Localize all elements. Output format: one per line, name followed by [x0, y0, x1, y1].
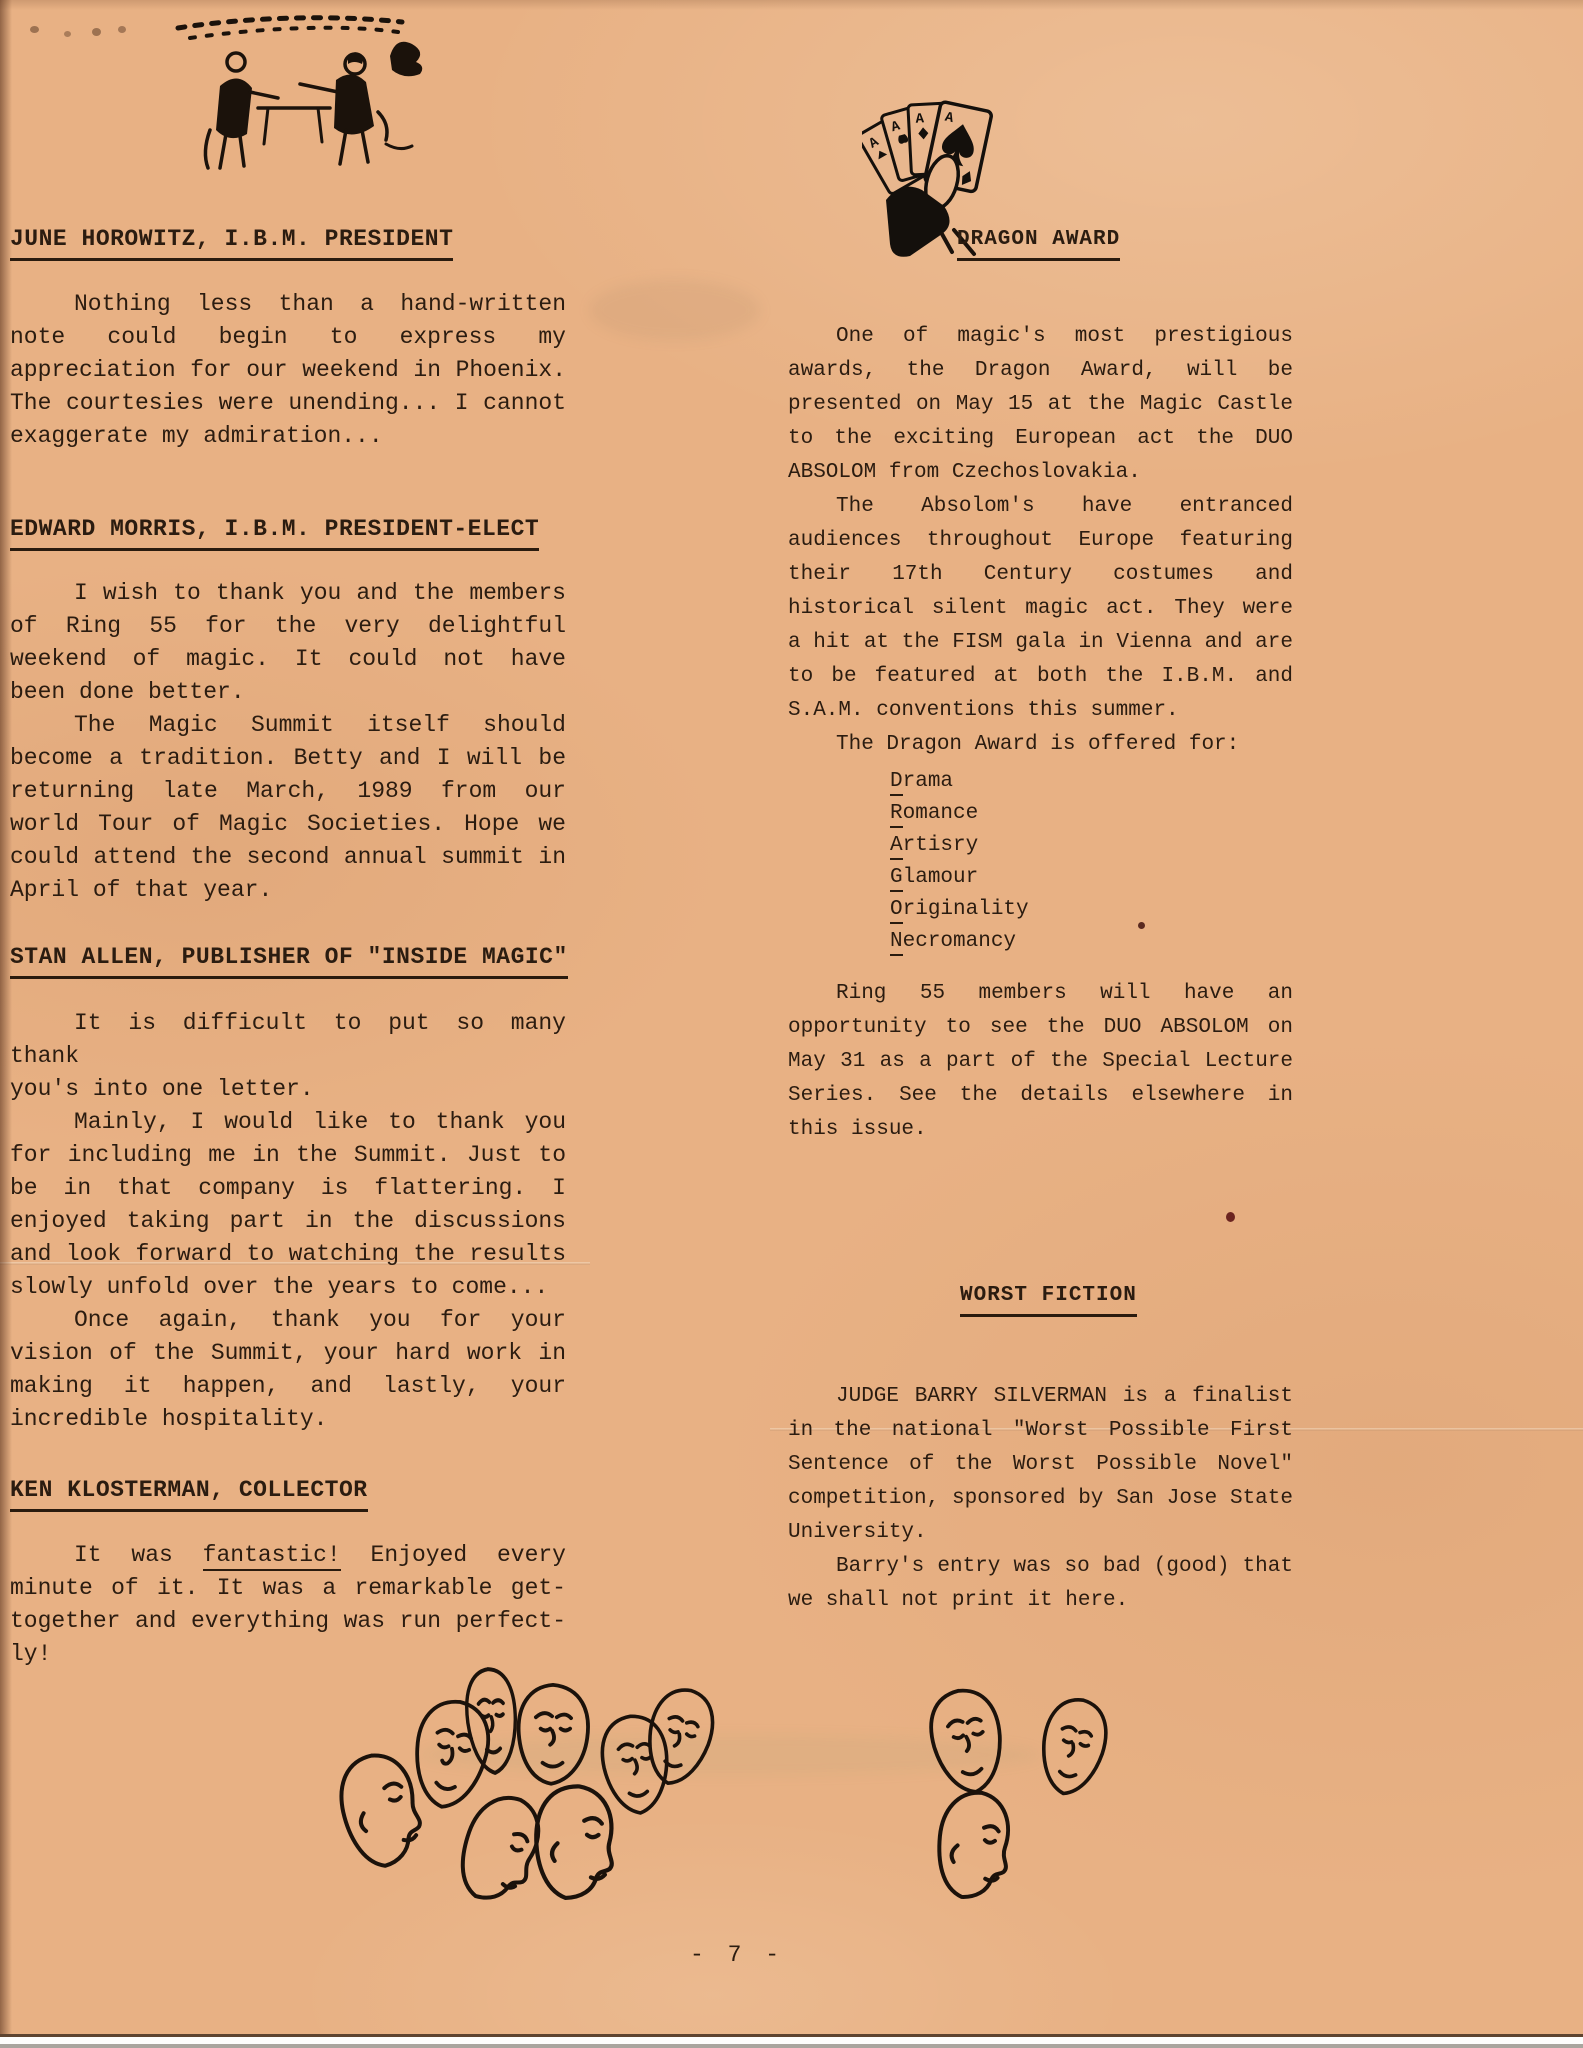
- paragraph: One of magic's most prestigious awards, …: [788, 320, 1293, 490]
- paragraph: Barry's entry was so bad (good) that we …: [788, 1550, 1293, 1618]
- paragraph-lines: Barry's entry was so bad (good) that: [788, 1550, 1293, 1584]
- right-column: DRAGON AWARD One of magic's most prestig…: [788, 0, 1293, 1618]
- award-category: Romance: [890, 798, 1293, 830]
- paragraph-last-line: you's into one letter.: [10, 1073, 566, 1106]
- award-initial: O: [890, 898, 903, 924]
- paragraph-last-line: slowly unfold over the years to come...: [10, 1271, 566, 1304]
- paragraph-last-line: ABSOLOM from Czechoslovakia.: [788, 456, 1293, 490]
- paragraph-lines: minute of it. It was a remarkable get- t…: [10, 1572, 566, 1638]
- section-heading-wrap: STAN ALLEN, PUBLISHER OF "INSIDE MAGIC": [10, 944, 566, 979]
- section-heading-wrap: JUNE HOROWITZ, I.B.M. PRESIDENT: [10, 226, 566, 261]
- paragraph-last-line: S.A.M. conventions this summer.: [788, 694, 1293, 728]
- bleed-through-smudge: [590, 280, 760, 340]
- paragraph-lines: I wish to thank you and the members of R…: [10, 577, 566, 676]
- text-run: Enjoyed every: [341, 1542, 566, 1568]
- paragraph: I wish to thank you and the members of R…: [10, 577, 566, 709]
- award-initial: A: [890, 834, 903, 860]
- section-heading-dragon-award: DRAGON AWARD: [957, 226, 1120, 261]
- paragraph: JUDGE BARRY SILVERMAN is a finalist in t…: [788, 1380, 1293, 1550]
- section-heading-ken-klosterman: KEN KLOSTERMAN, COLLECTOR: [10, 1477, 368, 1512]
- paragraph-lines: Ring 55 members will have an opportunity…: [788, 977, 1293, 1113]
- paragraph: The Magic Summit itself should become a …: [10, 709, 566, 907]
- section-heading-june-horowitz: JUNE HOROWITZ, I.B.M. PRESIDENT: [10, 226, 453, 261]
- award-initial: D: [890, 770, 903, 796]
- section-heading-edward-morris: EDWARD MORRIS, I.B.M. PRESIDENT-ELECT: [10, 516, 539, 551]
- paragraph-last-line: April of that year.: [10, 874, 566, 907]
- award-rest: riginality: [903, 898, 1029, 921]
- paragraph-lines: JUDGE BARRY SILVERMAN is a finalist in t…: [788, 1380, 1293, 1516]
- award-category: Glamour: [890, 862, 1293, 894]
- paragraph-last-line: ly!: [10, 1638, 566, 1671]
- scan-edge-shadow: [0, 0, 1583, 10]
- paragraph-last-line: University.: [788, 1516, 1293, 1550]
- section-heading-wrap: KEN KLOSTERMAN, COLLECTOR: [10, 1477, 566, 1512]
- paragraph-last-line: exaggerate my admiration...: [10, 420, 566, 453]
- section-heading-stan-allen: STAN ALLEN, PUBLISHER OF "INSIDE MAGIC": [10, 944, 568, 979]
- award-rest: rama: [903, 770, 953, 793]
- award-category: Drama: [890, 766, 1293, 798]
- paragraph-last-line: this issue.: [788, 1113, 1293, 1147]
- paragraph-last-line: incredible hospitality.: [10, 1403, 566, 1436]
- scan-edge-shadow: [0, 0, 12, 2036]
- section-heading-wrap: DRAGON AWARD: [957, 226, 1293, 261]
- award-rest: lamour: [903, 866, 979, 889]
- section-heading-worst-fiction: WORST FICTION: [960, 1282, 1137, 1317]
- paragraph: It was fantastic! Enjoyed every minute o…: [10, 1539, 566, 1671]
- section-heading-wrap: EDWARD MORRIS, I.B.M. PRESIDENT-ELECT: [10, 516, 566, 551]
- paragraph: Nothing less than a hand-written note co…: [10, 288, 566, 453]
- paragraph: Once again, thank you for your vision of…: [10, 1304, 566, 1436]
- paragraph-last-line: been done better.: [10, 676, 566, 709]
- section-heading-wrap: WORST FICTION: [960, 1282, 1293, 1317]
- paragraph-last-line: we shall not print it here.: [788, 1584, 1293, 1618]
- award-category: Artisry: [890, 830, 1293, 862]
- paragraph: It is difficult to put so many thank you…: [10, 1007, 566, 1106]
- page-number: - 7 -: [690, 1942, 782, 1968]
- faces-crowd-illustration: [330, 1655, 1130, 1985]
- award-category: Necromancy: [890, 926, 1293, 958]
- award-rest: omance: [903, 802, 979, 825]
- paragraph: Ring 55 members will have an opportunity…: [788, 977, 1293, 1147]
- underlined-word: fantastic!: [203, 1542, 341, 1571]
- paragraph-lines: Nothing less than a hand-written note co…: [10, 288, 566, 420]
- paragraph-lines: The Absolom's have entranced audiences t…: [788, 490, 1293, 694]
- paragraph-lines: It is difficult to put so many thank: [10, 1007, 566, 1073]
- paragraph-lines: Mainly, I would like to thank you for in…: [10, 1106, 566, 1271]
- award-category: Originality: [890, 894, 1293, 926]
- paragraph: The Absolom's have entranced audiences t…: [788, 490, 1293, 728]
- award-rest: ecromancy: [903, 930, 1016, 953]
- paragraph-lines: Once again, thank you for your vision of…: [10, 1304, 566, 1403]
- text-run: It was: [74, 1542, 203, 1568]
- award-rest: rtisry: [903, 834, 979, 857]
- paragraph-first-line: It was fantastic! Enjoyed every: [10, 1539, 566, 1572]
- offered-for-line: The Dragon Award is offered for:: [788, 728, 1293, 762]
- newsletter-page: A A A A: [0, 0, 1583, 2036]
- paragraph: Mainly, I would like to thank you for in…: [10, 1106, 566, 1304]
- award-initial: R: [890, 802, 903, 828]
- scanner-background: [0, 2044, 1583, 2048]
- paragraph-lines: One of magic's most prestigious awards, …: [788, 320, 1293, 456]
- dragon-award-list: Drama Romance Artisry Glamour Originalit…: [788, 766, 1293, 958]
- paragraph-lines: The Magic Summit itself should become a …: [10, 709, 566, 874]
- award-initial: N: [890, 930, 903, 956]
- award-initial: G: [890, 866, 903, 892]
- left-column: JUNE HOROWITZ, I.B.M. PRESIDENT Nothing …: [10, 0, 566, 1671]
